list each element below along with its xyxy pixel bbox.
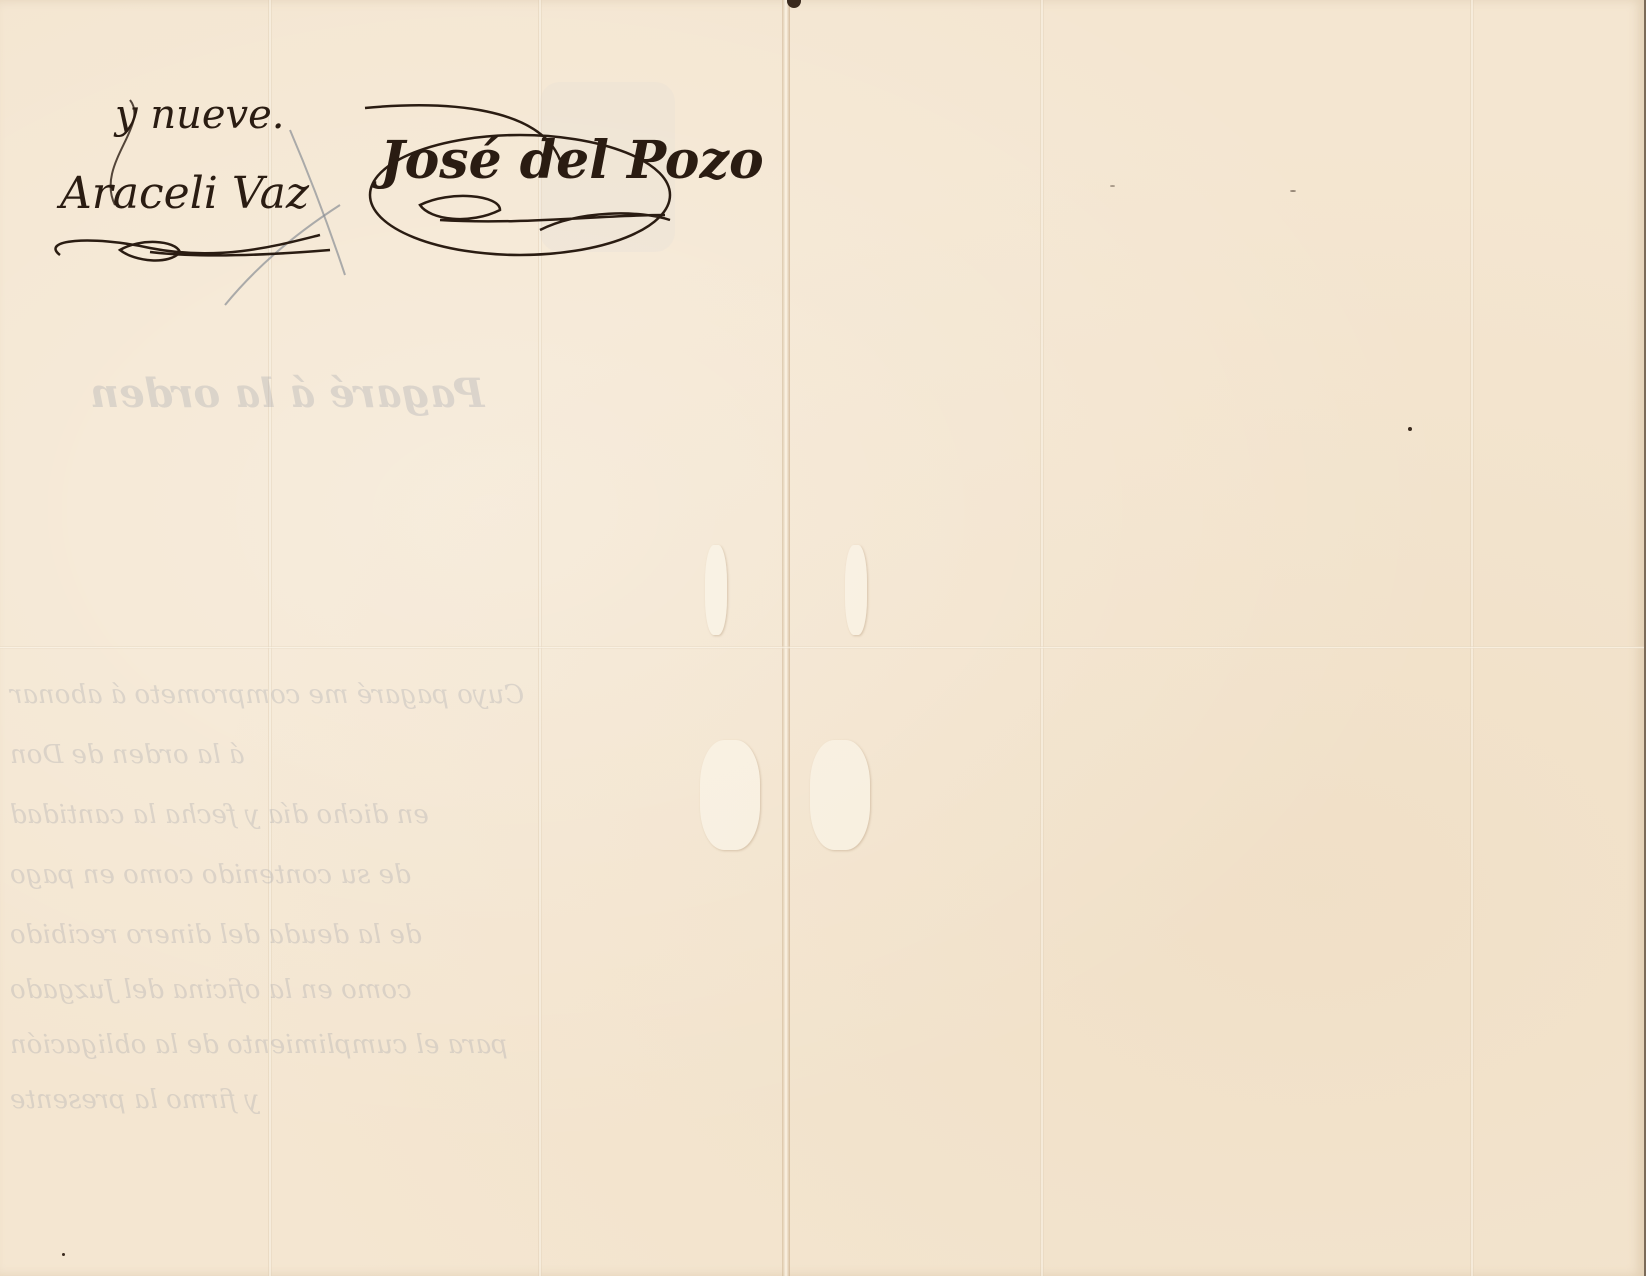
ink-speck	[1290, 190, 1296, 192]
bleed-through-line: y firmo la presente	[10, 1085, 259, 1115]
fold-line-vertical	[1470, 0, 1474, 1276]
ink-speck	[62, 1253, 65, 1256]
embossed-seal-mark	[705, 545, 727, 635]
signature-jose-del-pozo: José del Pozo	[380, 130, 764, 191]
handwritten-text-nueve: y nueve.	[115, 92, 285, 138]
bleed-through-heading: Pagaré á la orden	[90, 370, 484, 417]
bleed-through-line: en dicho día y fecha la cantidad	[10, 800, 429, 830]
binding-hole	[787, 0, 801, 8]
bleed-through-line: á la orden de Don	[10, 740, 245, 770]
ink-speck	[1408, 427, 1412, 431]
bleed-through-line: de la deuda del dinero recibido	[10, 920, 422, 950]
fold-line-horizontal	[0, 646, 1644, 649]
signature-araceli-vaz: Araceli Vaz	[60, 168, 309, 219]
paper-sheet: Pagaré á la orden Cuyo pagaré me comprom…	[0, 0, 1646, 1276]
scanned-document: Pagaré á la orden Cuyo pagaré me comprom…	[0, 0, 1650, 1276]
embossed-seal-mark	[845, 545, 867, 635]
bleed-through-line: como en la oficina del Juzgado	[10, 975, 412, 1005]
embossed-seal-mark	[810, 740, 870, 850]
bleed-through-line: para el cumplimiento de la obligación	[10, 1030, 508, 1060]
fold-line-center	[782, 0, 790, 1276]
bleed-through-line: de su contenido como en pago	[10, 860, 411, 890]
embossed-seal-mark	[700, 740, 760, 850]
fold-line-vertical	[1040, 0, 1044, 1276]
ink-speck	[1110, 185, 1115, 187]
